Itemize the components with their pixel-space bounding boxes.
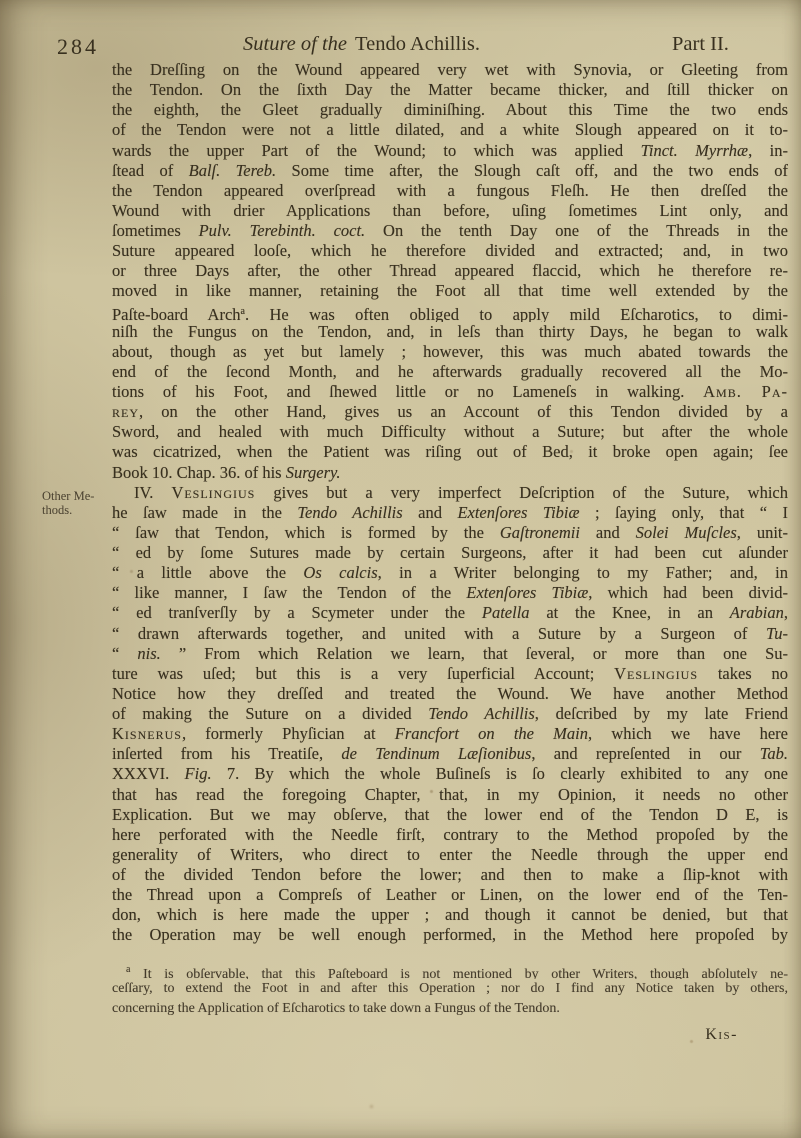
text-line: “ ſaw that Tendon, which is formed by th…	[112, 523, 788, 543]
text-line: inſerted from his Treatiſe, de Tendinum …	[112, 744, 788, 764]
text-line: “ ed by ſome Sutures made by certain Sur…	[112, 543, 788, 563]
text-line: the Operation may be well enough perform…	[112, 925, 788, 945]
text-line: the eighth, the Gleet gradually diminiſh…	[112, 100, 788, 120]
text-line: rey, on the other Hand, gives us an Acco…	[112, 402, 788, 422]
text-line: Paſte-board Archa. He was often obliged …	[112, 302, 788, 322]
text-line: of the divided Tendon before the lower; …	[112, 865, 788, 885]
text-line: Sword, and healed with much Difficulty w…	[112, 422, 788, 442]
text-line: ſometimes Pulv. Terebinth. coct. On the …	[112, 221, 788, 241]
footnote-line: a It is obſervable, that this Paſteboard…	[112, 960, 788, 979]
text-line: Notice how they dreſſed and treated the …	[112, 684, 788, 704]
text-line: niſh the Fungus on the Tendon, and, in l…	[112, 322, 788, 342]
text-line: Suture appeared looſe, which he therefor…	[112, 241, 788, 261]
footnote-line: ceſſary, to extend the Foot in and after…	[112, 979, 788, 998]
text-line: Kisnerus, formerly Phyſician at Francfor…	[112, 724, 788, 744]
margin-note-line: thods.	[42, 503, 114, 517]
text-line: “ drawn afterwards together, and united …	[112, 624, 788, 644]
running-title-roman: Tendo Achillis.	[355, 33, 480, 55]
text-line: don, which is here made the upper ; and …	[112, 905, 788, 925]
text-line: the Tendon appeared overſpread with a fu…	[112, 181, 788, 201]
margin-note-line: Other Me-	[42, 489, 114, 503]
text-line: end of the ſecond Month, and he afterwar…	[112, 362, 788, 382]
text-line: tions of his Foot, and ſhewed little or …	[112, 382, 788, 402]
text-line: ſtead of Balſ. Tereb. Some time after, t…	[112, 161, 788, 181]
text-line: of making the Suture on a divided Tendo …	[112, 704, 788, 724]
text-line: was cicatrized, when the Patient was riſ…	[112, 442, 788, 462]
text-line: of the Tendon were not a little dilated,…	[112, 120, 788, 140]
text-line: XXXVI. Fig. 7. By which the whole Buſine…	[112, 764, 788, 784]
page-number: 284	[57, 34, 99, 60]
text-line: generality of Writers, who direct to ent…	[112, 845, 788, 865]
footnote: a It is obſervable, that this Paſteboard…	[112, 960, 788, 1018]
text-line: wards the upper Part of the Wound; to wh…	[112, 141, 788, 161]
margin-note: Other Me- thods.	[42, 489, 114, 517]
body-text: the Dreſſing on the Wound appeared very …	[112, 60, 788, 946]
text-line: Explication. But we may obſerve, that th…	[112, 805, 788, 825]
text-line: or three Days after, the other Thread ap…	[112, 261, 788, 281]
text-line: about, though as yet but lamely ; howeve…	[112, 342, 788, 362]
text-line: here perforated with the Needle firſt, c…	[112, 825, 788, 845]
text-line: “ like manner, I ſaw the Tendon of the E…	[112, 583, 788, 603]
text-line: “ a little above the Os calcis, in a Wri…	[112, 563, 788, 583]
text-line: “ ed tranſverſly by a Scymeter under the…	[112, 603, 788, 623]
catchword: Kis-	[0, 1026, 738, 1044]
text-line: ture was uſed; but this is a very ſuperf…	[112, 664, 788, 684]
text-line: Book 10. Chap. 36. of his Surgery.	[112, 463, 788, 483]
text-line: the Tendon. On the ſixth Day the Matter …	[112, 80, 788, 100]
text-line: the Thread upon a Compreſs of Leather or…	[112, 885, 788, 905]
text-line: that has read the foregoing Chapter, tha…	[112, 785, 788, 805]
text-line: Wound with drier Applications than befor…	[112, 201, 788, 221]
text-line: moved in like manner, retaining the Foot…	[112, 281, 788, 301]
book-page-scan: 284 Suture of theTendo Achillis. Part II…	[0, 0, 801, 1138]
text-line: “ nis. ” From which Relation we learn, t…	[112, 644, 788, 664]
running-title-italic: Suture of the	[243, 33, 347, 55]
text-line: the Dreſſing on the Wound appeared very …	[112, 60, 788, 80]
running-title: Suture of theTendo Achillis.	[243, 33, 480, 56]
footnote-line: concerning the Application of Eſcharotic…	[112, 999, 788, 1018]
text-line: IV. Veslingius gives but a very imperfec…	[112, 483, 788, 503]
text-line: he ſaw made in the Tendo Achillis and Ex…	[112, 503, 788, 523]
part-label: Part II.	[672, 33, 729, 56]
